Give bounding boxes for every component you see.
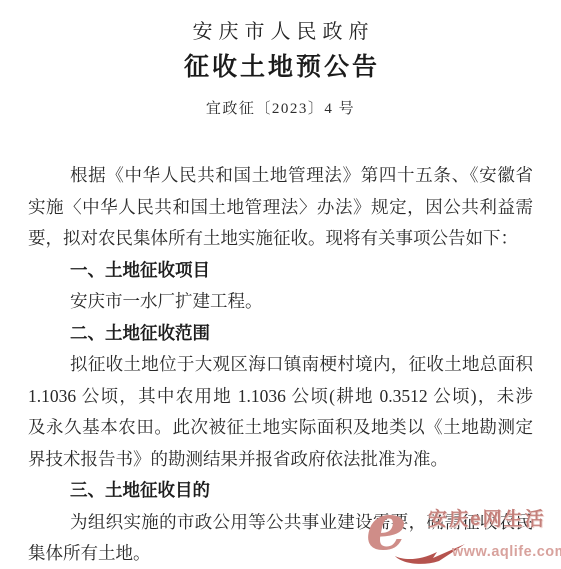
text-line: 二、土地征收范围: [28, 318, 533, 350]
text-line: 实施〈中华人民共和国土地管理法〉办法》规定，因公共利益需: [28, 192, 533, 224]
document-number: 宜政征〔2023〕4 号: [0, 99, 561, 119]
text-line: 要，拟对农民集体所有土地实施征收。现将有关事项公告如下：: [28, 223, 533, 255]
text-line: 为组织实施的市政公用等公共事业建设需要，确需征收农民: [28, 507, 533, 539]
text-line: 一、土地征收项目: [28, 255, 533, 287]
section-heading: 三、土地征收目的: [28, 475, 533, 507]
issuing-authority-title: 安庆市人民政府: [0, 21, 561, 43]
document-body: 根据《中华人民共和国土地管理法》第四十五条、《安徽省实施〈中华人民共和国土地管理…: [28, 119, 533, 569]
section-heading: 一、土地征收项目: [28, 255, 533, 287]
paragraph: 根据《中华人民共和国土地管理法》第四十五条、《安徽省实施〈中华人民共和国土地管理…: [28, 160, 533, 255]
document-title: 征收土地预公告: [0, 54, 561, 82]
document-header: 安庆市人民政府 征收土地预公告 宜政征〔2023〕4 号: [0, 0, 561, 119]
text-line: 界技术报告书》的勘测结果并报省政府依法批准为准。: [28, 444, 533, 476]
text-line: 安庆市一水厂扩建工程。: [28, 286, 533, 318]
document-page: 安庆市人民政府 征收土地预公告 宜政征〔2023〕4 号 根据《中华人民共和国土…: [0, 0, 561, 569]
paragraph: 为组织实施的市政公用等公共事业建设需要，确需征收农民集体所有土地。: [28, 507, 533, 569]
text-line: 根据《中华人民共和国土地管理法》第四十五条、《安徽省: [28, 160, 533, 192]
text-line: 集体所有土地。: [28, 538, 533, 569]
paragraph: 拟征收土地位于大观区海口镇南梗村境内，征收土地总面积1.1036 公顷，其中农用…: [28, 349, 533, 475]
text-line: 拟征收土地位于大观区海口镇南梗村境内，征收土地总面积: [28, 349, 533, 381]
text-line: 及永久基本农田。此次被征土地实际面积及地类以《土地勘测定: [28, 412, 533, 444]
section-heading: 二、土地征收范围: [28, 318, 533, 350]
text-line: 三、土地征收目的: [28, 475, 533, 507]
text-line: 1.1036 公顷，其中农用地 1.1036 公顷(耕地 0.3512 公顷)，…: [28, 381, 533, 413]
paragraph: 安庆市一水厂扩建工程。: [28, 286, 533, 318]
